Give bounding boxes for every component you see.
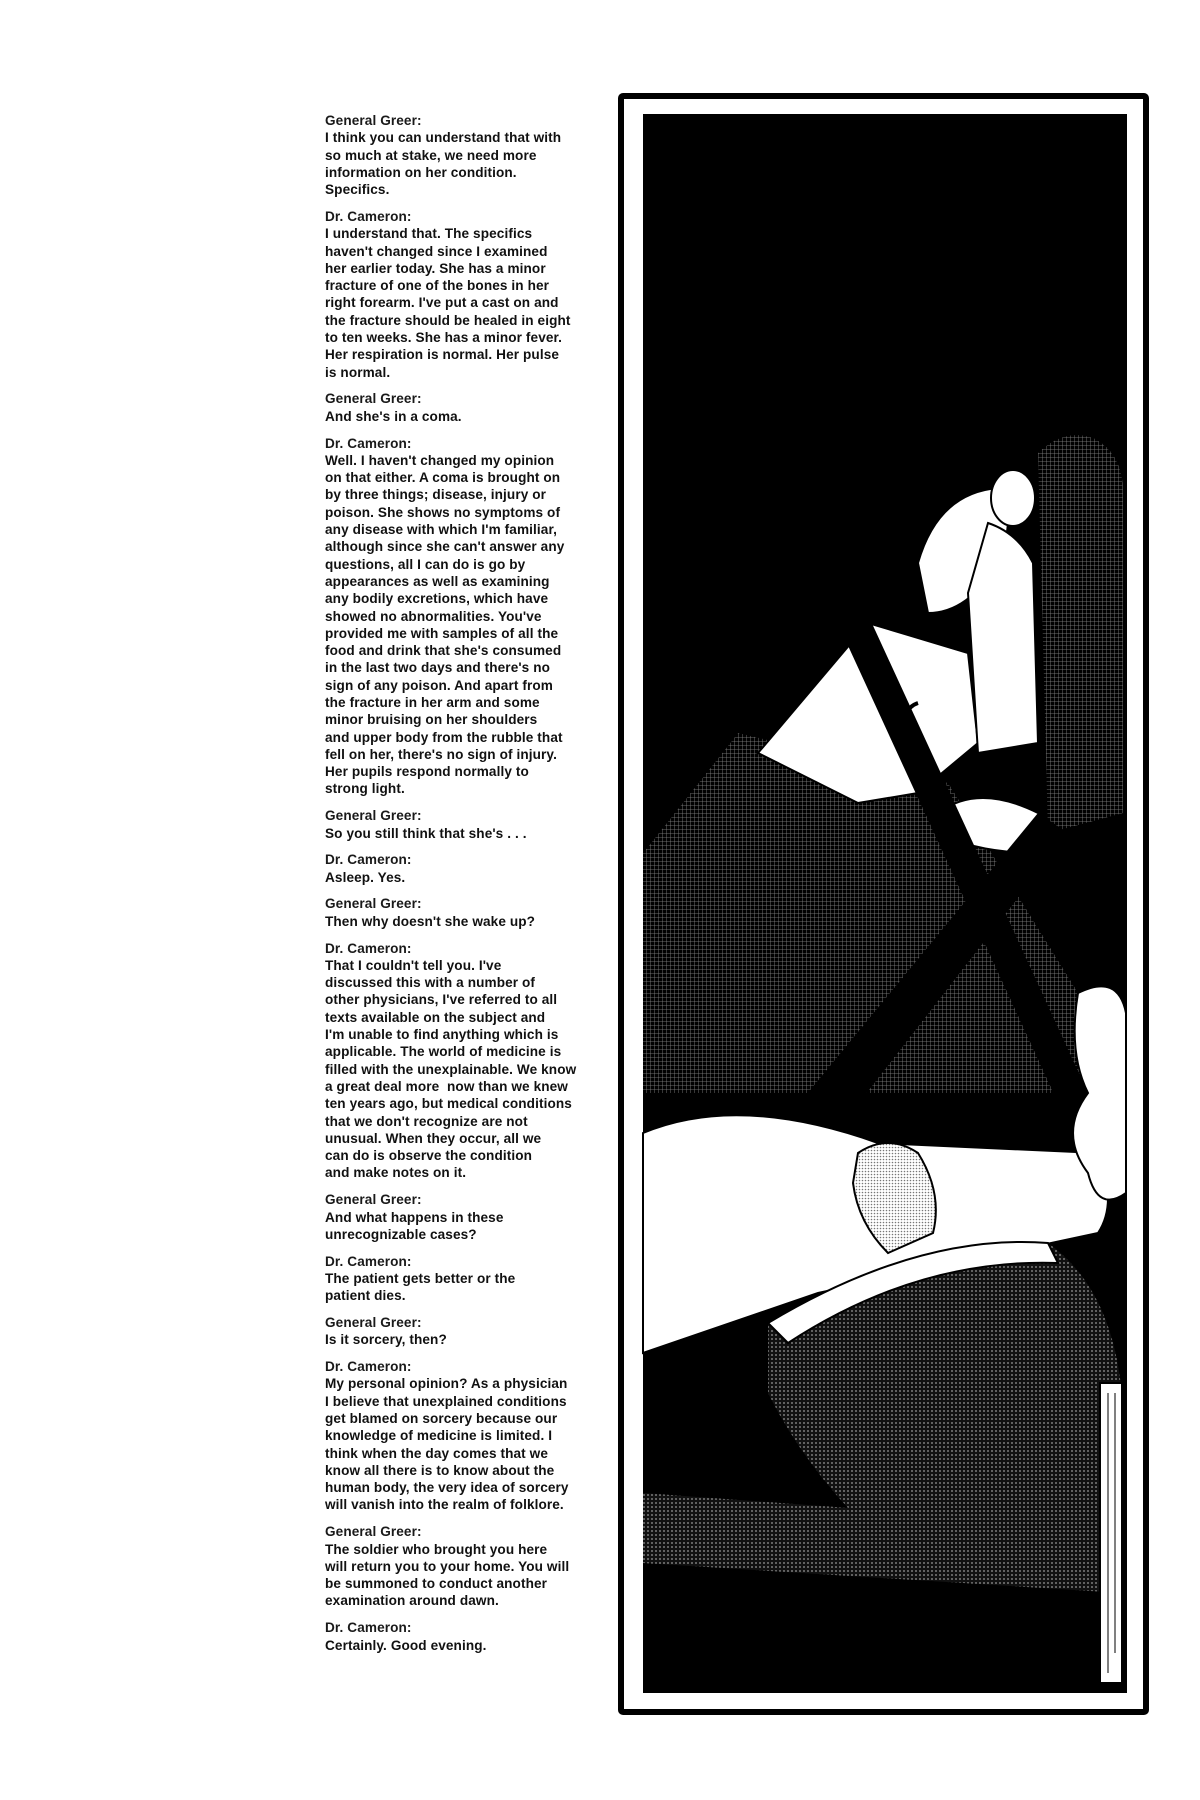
speaker-label: General Greer: xyxy=(325,1314,615,1331)
dialogue-line: in the last two days and there's no xyxy=(325,659,615,676)
dialogue-line: Then why doesn't she wake up? xyxy=(325,913,615,930)
window-hatching xyxy=(1038,435,1123,833)
dialogue-line: any disease with which I'm familiar, xyxy=(325,521,615,538)
dialogue-line: And what happens in these xyxy=(325,1209,615,1226)
dialogue-line: know all there is to know about the xyxy=(325,1462,615,1479)
dialogue-line: patient dies. xyxy=(325,1287,615,1304)
dialogue-line: Asleep. Yes. xyxy=(325,869,615,886)
dialogue-line: and make notes on it. xyxy=(325,1164,615,1181)
dialogue-line: the fracture in her arm and some xyxy=(325,694,615,711)
dialogue-line: poison. She shows no symptoms of xyxy=(325,504,615,521)
dialogue-line: food and drink that she's consumed xyxy=(325,642,615,659)
dialogue-exchange: Dr. Cameron:Well. I haven't changed my o… xyxy=(325,435,615,798)
speaker-label: Dr. Cameron: xyxy=(325,1358,615,1375)
dialogue-exchange: Dr. Cameron:The patient gets better or t… xyxy=(325,1253,615,1305)
dialogue-exchange: General Greer:And she's in a coma. xyxy=(325,390,615,425)
dialogue-line: strong light. xyxy=(325,780,615,797)
speaker-label: General Greer: xyxy=(325,390,615,407)
dialogue-exchange: General Greer:Then why doesn't she wake … xyxy=(325,895,615,930)
dialogue-line: I understand that. The specifics xyxy=(325,225,615,242)
dialogue-exchange: General Greer:I think you can understand… xyxy=(325,112,615,198)
illustration-panel xyxy=(618,93,1149,1715)
dialogue-line: Her respiration is normal. Her pulse xyxy=(325,346,615,363)
dialogue-exchange: General Greer:The soldier who brought yo… xyxy=(325,1523,615,1609)
speaker-label: General Greer: xyxy=(325,112,615,129)
dialogue-exchange: General Greer:Is it sorcery, then? xyxy=(325,1314,615,1349)
dialogue-line: So you still think that she's . . . xyxy=(325,825,615,842)
speaker-label: General Greer: xyxy=(325,1191,615,1208)
dialogue-line: the fracture should be healed in eight xyxy=(325,312,615,329)
speaker-label: Dr. Cameron: xyxy=(325,851,615,868)
dialogue-line: unusual. When they occur, all we xyxy=(325,1130,615,1147)
dialogue-line: human body, the very idea of sorcery xyxy=(325,1479,615,1496)
speaker-label: Dr. Cameron: xyxy=(325,435,615,452)
dialogue-line: although since she can't answer any xyxy=(325,538,615,555)
dialogue-line: That I couldn't tell you. I've xyxy=(325,957,615,974)
dialogue-line: questions, all I can do is go by xyxy=(325,556,615,573)
speaker-label: General Greer: xyxy=(325,895,615,912)
dialogue-line: examination around dawn. xyxy=(325,1592,615,1609)
dialogue-line: Well. I haven't changed my opinion xyxy=(325,452,615,469)
dialogue-line: showed no abnormalities. You've xyxy=(325,608,615,625)
dialogue-line: get blamed on sorcery because our xyxy=(325,1410,615,1427)
dialogue-line: her earlier today. She has a minor xyxy=(325,260,615,277)
dialogue-line: knowledge of medicine is limited. I xyxy=(325,1427,615,1444)
dialogue-line: Certainly. Good evening. xyxy=(325,1637,615,1654)
dialogue-line: fracture of one of the bones in her xyxy=(325,277,615,294)
dialogue-line: and upper body from the rubble that xyxy=(325,729,615,746)
dialogue-line: discussed this with a number of xyxy=(325,974,615,991)
dialogue-line: unrecognizable cases? xyxy=(325,1226,615,1243)
dialogue-line: haven't changed since I examined xyxy=(325,243,615,260)
dialogue-line: filled with the unexplainable. We know xyxy=(325,1061,615,1078)
dialogue-line: think when the day comes that we xyxy=(325,1445,615,1462)
dialogue-line: I'm unable to find anything which is xyxy=(325,1026,615,1043)
dialogue-line: any bodily excretions, which have xyxy=(325,590,615,607)
dialogue-line: information on her condition. xyxy=(325,164,615,181)
dialogue-line: My personal opinion? As a physician xyxy=(325,1375,615,1392)
dialogue-exchange: General Greer:And what happens in theseu… xyxy=(325,1191,615,1243)
dialogue-line: I believe that unexplained conditions xyxy=(325,1393,615,1410)
speaker-label: Dr. Cameron: xyxy=(325,1619,615,1636)
dialogue-line: Is it sorcery, then? xyxy=(325,1331,615,1348)
dialogue-line: minor bruising on her shoulders xyxy=(325,711,615,728)
dialogue-line: The patient gets better or the xyxy=(325,1270,615,1287)
dialogue-line: applicable. The world of medicine is xyxy=(325,1043,615,1060)
speaker-label: Dr. Cameron: xyxy=(325,1253,615,1270)
dialogue-line: And she's in a coma. xyxy=(325,408,615,425)
bed-post-column xyxy=(1100,1383,1122,1683)
bed-scene-illustration xyxy=(618,93,1149,1715)
dialogue-line: appearances as well as examining xyxy=(325,573,615,590)
dialogue-line: a great deal more now than we knew xyxy=(325,1078,615,1095)
dialogue-exchange: Dr. Cameron:I understand that. The speci… xyxy=(325,208,615,381)
dialogue-line: sign of any poison. And apart from xyxy=(325,677,615,694)
dialogue-line: The soldier who brought you here xyxy=(325,1541,615,1558)
speaker-label: Dr. Cameron: xyxy=(325,940,615,957)
dialogue-line: can do is observe the condition xyxy=(325,1147,615,1164)
dialogue-exchange: Dr. Cameron:My personal opinion? As a ph… xyxy=(325,1358,615,1514)
dialogue-line: will return you to your home. You will xyxy=(325,1558,615,1575)
dialogue-line: Specifics. xyxy=(325,181,615,198)
dialogue-exchange: Dr. Cameron:That I couldn't tell you. I'… xyxy=(325,940,615,1182)
speaker-label: General Greer: xyxy=(325,807,615,824)
dialogue-line: provided me with samples of all the xyxy=(325,625,615,642)
speaker-label: Dr. Cameron: xyxy=(325,208,615,225)
dialogue-line: by three things; disease, injury or xyxy=(325,486,615,503)
dialogue-line: texts available on the subject and xyxy=(325,1009,615,1026)
dialogue-line: so much at stake, we need more xyxy=(325,147,615,164)
dialogue-line: will vanish into the realm of folklore. xyxy=(325,1496,615,1513)
dialogue-line: other physicians, I've referred to all xyxy=(325,991,615,1008)
speaker-label: General Greer: xyxy=(325,1523,615,1540)
dialogue-exchange: Dr. Cameron:Asleep. Yes. xyxy=(325,851,615,886)
dialogue-line: fell on her, there's no sign of injury. xyxy=(325,746,615,763)
dialogue-line: be summoned to conduct another xyxy=(325,1575,615,1592)
dialogue-line: I think you can understand that with xyxy=(325,129,615,146)
dialogue-exchange: Dr. Cameron:Certainly. Good evening. xyxy=(325,1619,615,1654)
dialogue-column: General Greer:I think you can understand… xyxy=(325,112,615,1663)
dialogue-exchange: General Greer:So you still think that sh… xyxy=(325,807,615,842)
dialogue-line: on that either. A coma is brought on xyxy=(325,469,615,486)
dialogue-line: Her pupils respond normally to xyxy=(325,763,615,780)
dialogue-line: ten years ago, but medical conditions xyxy=(325,1095,615,1112)
dialogue-line: to ten weeks. She has a minor fever. xyxy=(325,329,615,346)
dialogue-line: that we don't recognize are not xyxy=(325,1113,615,1130)
dialogue-line: right forearm. I've put a cast on and xyxy=(325,294,615,311)
dialogue-line: is normal. xyxy=(325,364,615,381)
